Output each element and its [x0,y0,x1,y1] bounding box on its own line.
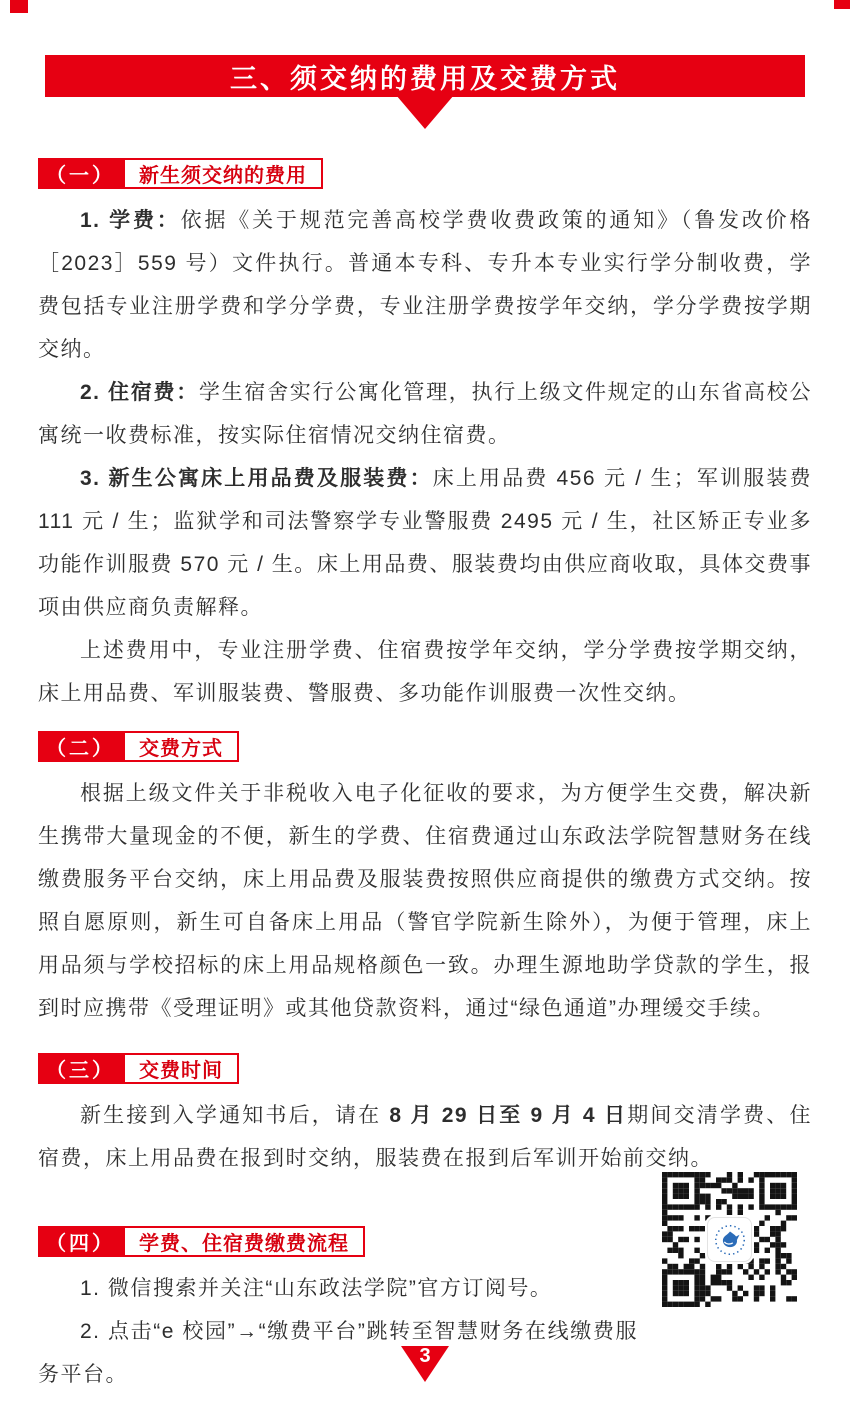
paragraph-accommodation: 2. 住宿费：学生宿舍实行公寓化管理，执行上级文件规定的山东省高校公寓统一收费标… [38,371,812,457]
document-page: 三、须交纳的费用及交费方式 （一） 新生须交纳的费用 1. 学费：依据《关于规范… [0,0,850,1418]
paragraph-step-2: 2. 点击“e 校园”→“缴费平台”跳转至智慧财务在线缴费服务平台。 [38,1310,638,1396]
paragraph-bedding-uniform: 3. 新生公寓床上用品费及服装费：床上用品费 456 元 / 生；军训服装费 1… [38,457,812,629]
blue-bird-emblem-icon [711,1221,749,1259]
section-number-badge: （二） [38,731,123,762]
section-title: 新生须交纳的费用 [123,158,323,189]
top-right-red-mark [834,0,850,9]
section-number-badge: （一） [38,158,123,189]
section-payment-time: （三） 交费时间 新生接到入学通知书后，请在 8 月 29 日至 9 月 4 日… [38,1053,812,1180]
page-number-marker: 3 [401,1346,449,1382]
paragraph-step-1: 1. 微信搜索并关注“山东政法学院”官方订阅号。 [38,1267,638,1310]
top-left-red-mark [10,0,28,13]
paragraph-fee-summary: 上述费用中，专业注册学费、住宿费按学年交纳，学分学费按学期交纳，床上用品费、军训… [38,629,812,715]
section-title: 交费方式 [123,731,239,762]
paragraph-payment-time: 新生接到入学通知书后，请在 8 月 29 日至 9 月 4 日期间交清学费、住宿… [38,1094,812,1180]
page-title-banner: 三、须交纳的费用及交费方式 [45,55,805,97]
section-fees: （一） 新生须交纳的费用 1. 学费：依据《关于规范完善高校学费收费政策的通知》… [38,158,812,715]
paragraph-tuition: 1. 学费：依据《关于规范完善高校学费收费政策的通知》（鲁发改价格［2023］5… [38,199,812,371]
college-emblem-logo [707,1217,752,1262]
page-number: 3 [401,1346,449,1366]
paragraph-payment-method: 根据上级文件关于非税收入电子化征收的要求，为方便学生交费，解决新生携带大量现金的… [38,772,812,1030]
section-number-badge: （四） [38,1226,123,1257]
section-title: 学费、住宿费缴费流程 [123,1226,365,1257]
banner-pointer-triangle [396,95,454,129]
section-heading: （一） 新生须交纳的费用 [38,158,812,189]
section-heading: （二） 交费方式 [38,731,812,762]
section-number-badge: （三） [38,1053,123,1084]
wechat-subscription-qr-code [662,1172,797,1307]
page-title: 三、须交纳的费用及交费方式 [230,57,620,96]
section-payment-method: （二） 交费方式 根据上级文件关于非税收入电子化征收的要求，为方便学生交费，解决… [38,731,812,1030]
section-title: 交费时间 [123,1053,239,1084]
section-heading: （三） 交费时间 [38,1053,812,1084]
